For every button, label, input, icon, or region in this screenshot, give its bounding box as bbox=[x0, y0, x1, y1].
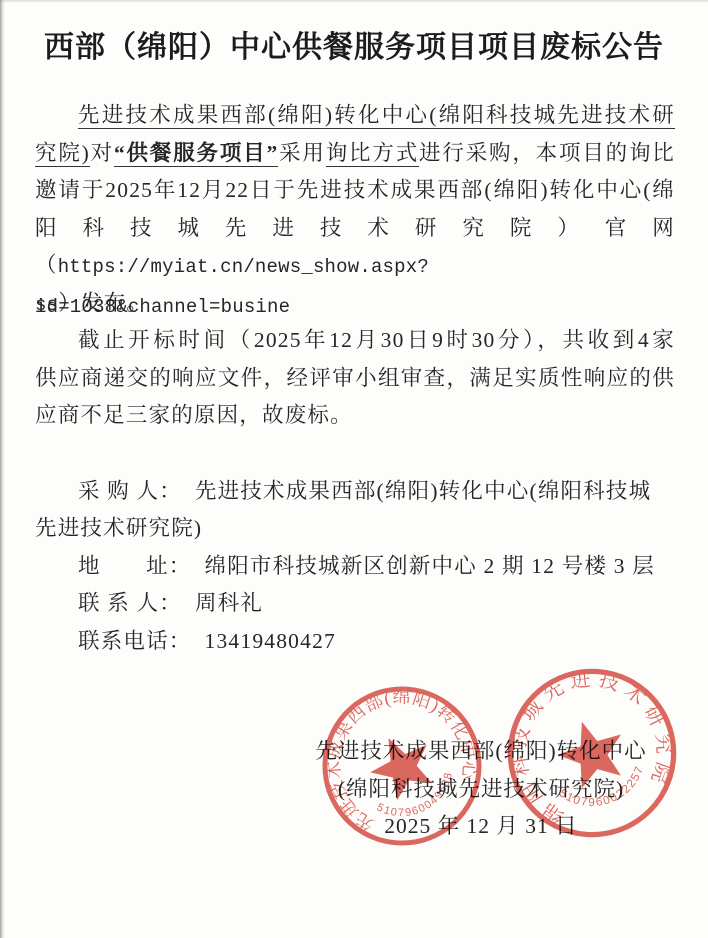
paragraph1-line1: 先进技术成果西部(绵阳)转化中心(绵阳科技城先进技术研 bbox=[35, 97, 675, 135]
phone-row: 联系电话：13419480427 bbox=[35, 623, 675, 661]
paragraph1-line2: 究院)对“供餐服务项目”采用询比方式进行采购，本项目的询比 bbox=[35, 135, 675, 173]
contact-person-row: 联 系 人：周科礼 bbox=[35, 585, 675, 623]
underlined-text: 询比方式 bbox=[326, 141, 419, 167]
paragraph1-line6: ss）发布。 bbox=[35, 285, 675, 323]
paragraph2-line1: 截止开标时间（2025年12月30日9时30分），共收到4家 bbox=[35, 322, 675, 360]
address-value: 绵阳市科技城新区创新中心 2 期 12 号楼 3 层 bbox=[205, 554, 655, 578]
paragraph2-line2: 供应商递交的响应文件，经评审小组审查，满足实质性响应的供 bbox=[35, 360, 675, 398]
star-icon bbox=[550, 711, 633, 792]
scan-artifact-top-edge bbox=[0, 0, 708, 3]
plain-text: ）发布。 bbox=[58, 291, 149, 315]
document-page: 西部（绵阳）中心供餐服务项目项目废标公告 先进技术成果西部(绵阳)转化中心(绵阳… bbox=[0, 0, 708, 938]
document-body: 先进技术成果西部(绵阳)转化中心(绵阳科技城先进技术研 究院)对“供餐服务项目”… bbox=[35, 97, 675, 660]
underlined-text: 究院) bbox=[35, 141, 90, 167]
underlined-text: 先进技术成果西部(绵阳)转化中心(绵阳科技城先进技术研 bbox=[78, 103, 675, 129]
address-label: 地 址： bbox=[78, 554, 192, 578]
paragraph1-line3: 邀请于2025年12月22日于先进技术成果西部(绵阳)转化中心(绵 bbox=[35, 172, 675, 210]
paragraph1-line5: （https://myiat.cn/news_show.aspx?id=1038… bbox=[35, 247, 675, 285]
document-title: 西部（绵阳）中心供餐服务项目项目废标公告 bbox=[0, 22, 708, 66]
contact-person-value: 周科礼 bbox=[195, 591, 263, 615]
buyer-row-continued: 先进技术研究院) bbox=[35, 510, 675, 548]
underlined-project-name: “供餐服务项目” bbox=[114, 141, 278, 167]
phone-label: 联系电话： bbox=[78, 629, 192, 653]
contact-person-label: 联 系 人： bbox=[78, 591, 182, 615]
blank-gap bbox=[35, 435, 675, 473]
plain-text: 对 bbox=[90, 141, 114, 165]
phone-value: 13419480427 bbox=[205, 629, 336, 653]
buyer-label: 采 购 人： bbox=[78, 479, 182, 503]
official-seal-left: 先进技术成果西部(绵阳)转化中心 5107960049688 bbox=[282, 646, 523, 887]
plain-text: （ bbox=[35, 253, 58, 277]
plain-text: 进行采购，本项目的询比 bbox=[419, 141, 675, 165]
announcement-url-continued: ss bbox=[35, 294, 58, 316]
paragraph2-line3: 应商不足三家的原因，故废标。 bbox=[35, 397, 675, 435]
plain-text: 采用 bbox=[278, 141, 325, 165]
paragraph1-line4: 阳科技城先进技术研究院）官网 bbox=[35, 210, 675, 248]
scan-artifact-left-edge bbox=[0, 0, 5, 938]
star-icon bbox=[360, 724, 443, 805]
address-row: 地 址：绵阳市科技城新区创新中心 2 期 12 号楼 3 层 bbox=[35, 548, 675, 586]
buyer-value: 先进技术成果西部(绵阳)转化中心(绵阳科技城 bbox=[195, 479, 651, 503]
buyer-row: 采 购 人：先进技术成果西部(绵阳)转化中心(绵阳科技城 bbox=[35, 473, 675, 511]
